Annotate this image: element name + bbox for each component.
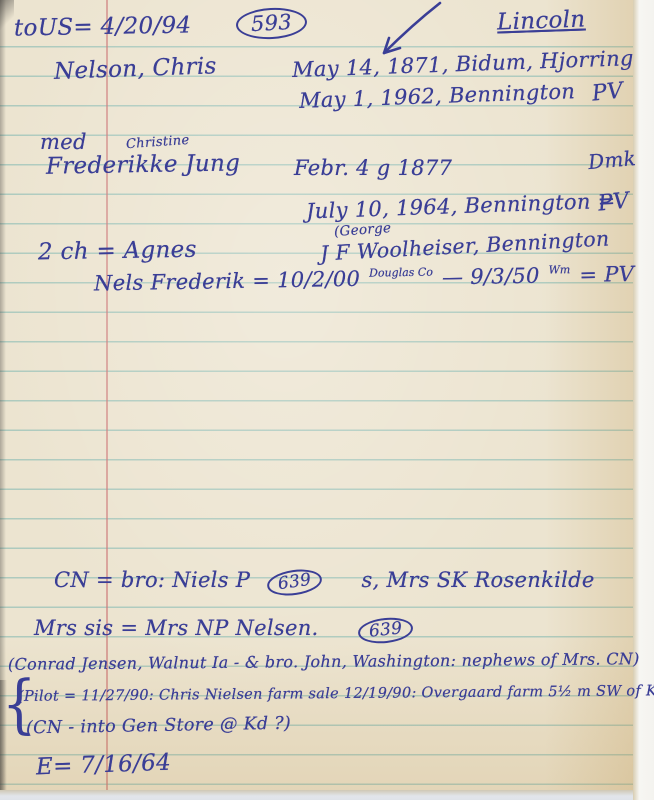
nels-birth-date: 10/2/00	[277, 267, 360, 292]
wife-name: Frederikke Jung	[46, 150, 241, 179]
immigration-date: toUS= 4/20/94	[14, 12, 192, 41]
note-brother-line: CN = bro: Niels P 639 s, Mrs SK Rosenkil…	[54, 568, 595, 595]
scanned-notebook-page: toUS= 4/20/94 593 Lincoln Nelson, Chris …	[0, 0, 654, 800]
note-sister-line: Mrs sis = Mrs NP Nelsen. 639	[34, 616, 413, 643]
note-sister-text: Mrs sis = Mrs NP Nelsen.	[34, 616, 319, 640]
wife-death-code: PV	[597, 188, 631, 216]
wife-birth-country: Dmk	[587, 146, 637, 174]
nels-suffix: = PV	[579, 262, 634, 287]
scan-edge-bottom	[0, 790, 633, 800]
marriage-prefix: med	[40, 130, 87, 154]
note-brother-ref-badge: 639	[266, 566, 324, 598]
note-brother-text: CN = bro: Niels P	[54, 568, 250, 592]
entry-date: E= 7/16/64	[36, 750, 172, 781]
nels-death-place-note: Wm	[548, 263, 570, 276]
note-rosenkilde: s, Mrs SK Rosenkilde	[362, 568, 595, 592]
children-count-line: 2 ch = Agnes	[38, 237, 197, 266]
note-sister-ref-badge: 639	[356, 615, 414, 645]
nels-prefix: Nels Frederik =	[94, 268, 278, 295]
wife-birth: Febr. 4 g 1877	[294, 156, 452, 180]
scan-shadow-top-left	[0, 0, 14, 30]
nels-dash: —	[442, 265, 464, 289]
place-label: Lincoln	[497, 6, 586, 35]
nels-birth-place-note: Douglas Co	[369, 266, 433, 280]
page-number: 593	[235, 6, 308, 41]
nels-death-date: 9/3/50	[470, 264, 540, 289]
page-number-badge: 593	[235, 6, 308, 41]
scan-edge-right	[633, 0, 654, 800]
husband-death-code: PV	[591, 78, 625, 106]
